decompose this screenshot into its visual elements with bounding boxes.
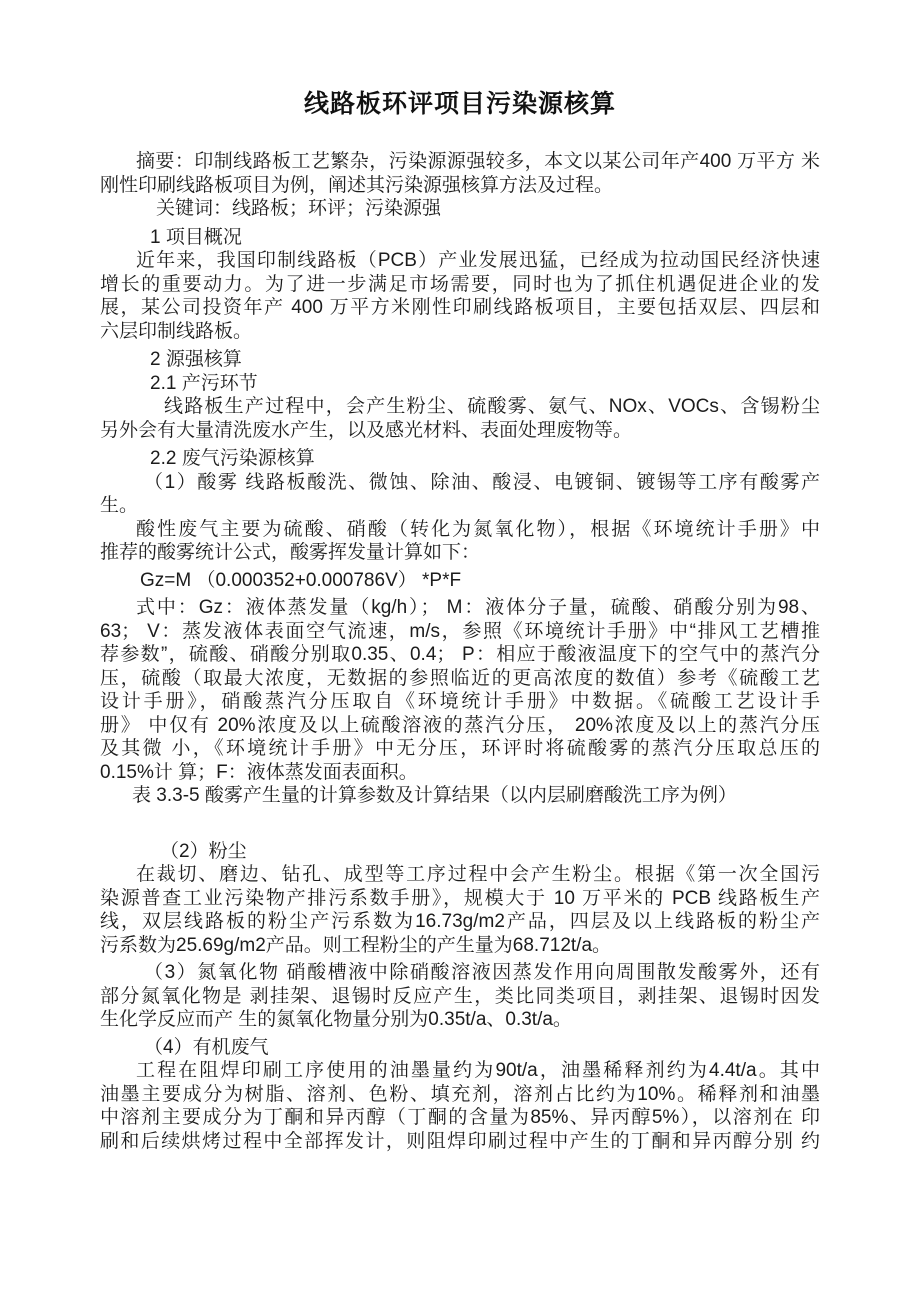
text-line: 部分氮氧化物是 剥挂架、退锡时反应产生，类比同类项目，剥挂架、退锡时因发 — [100, 985, 820, 1009]
empty-table-area — [100, 808, 820, 840]
section-heading-1: 1 项目概况 — [100, 226, 820, 250]
text-line: 油墨主要成分为树脂、溶剂、色粉、填充剂，溶剂占比约为10%。稀释剂和油墨 — [100, 1083, 820, 1107]
abstract-line: 刚性印刷线路板项目为例，阐述其污染源强核算方法及过程。 — [100, 174, 820, 198]
text-line: 线路板生产过程中，会产生粉尘、硫酸雾、氨气、NOx、VOCs、含锡粉尘等， — [100, 395, 820, 419]
text-line: 增长的重要动力。为了进一步满足市场需要，同时也为了抓住机遇促进企业的发 — [100, 273, 820, 297]
text-line: 及其微 小，《环境统计手册》中无分压，环评时将硫酸雾的蒸汽分压取总压的 — [100, 737, 820, 761]
text-line: （1）酸雾 线路板酸洗、微蚀、除油、酸浸、电镀铜、镀锡等工序有酸雾产 — [100, 471, 820, 495]
text-line: 染源普查工业污染物产排污系数手册》，规模大于 10 万平米的 PCB 线路板生产 — [100, 887, 820, 911]
document-title: 线路板环评项目污染源核算 — [0, 84, 920, 120]
text-line: 63； V：蒸发液体表面空气流速，m/s，参照《环境统计手册》中“排风工艺槽推 — [100, 620, 820, 644]
text-line: 线，双层线路板的粉尘产污系数为16.73g/m2产品，四层及以上线路板的粉尘产 — [100, 910, 820, 934]
text-line: 0.15%计 算；F：液体蒸发面表面积。 — [100, 761, 820, 785]
section-heading-2-2: 2.2 废气污染源核算 — [100, 447, 820, 471]
text-line: 中溶剂主要成分为丁酮和异丙醇（丁酮的含量为85%、异丙醇5%），以溶剂在 印 — [100, 1106, 820, 1130]
text-line: 近年来，我国印制线路板（PCB）产业发展迅猛，已经成为拉动国民经济快速 — [100, 249, 820, 273]
text-line: 在裁切、磨边、钻孔、成型等工序过程中会产生粉尘。根据《第一次全国污 — [100, 863, 820, 887]
text-line: 设计手册》，硝酸蒸汽分压取自《环境统计手册》中数据。《硫酸工艺设计手 — [100, 690, 820, 714]
section-heading-2: 2 源强核算 — [100, 348, 820, 372]
keywords-line: 关键词：线路板；环评；污染源强 — [100, 197, 820, 221]
section-heading-2-1: 2.1 产污环节 — [100, 372, 820, 396]
text-line: 生。 — [100, 494, 820, 518]
text-line: 册》 中仅有 20%浓度及以上硫酸溶液的蒸汽分压， 20%浓度及以上的蒸汽分压 — [100, 714, 820, 738]
text-line: 式中：Gz：液体蒸发量（kg/h）； M：液体分子量，硫酸、硝酸分别为98、 — [100, 596, 820, 620]
subsection-heading-dust: （2）粉尘 — [100, 840, 820, 864]
text-line: （3）氮氧化物 硝酸槽液中除硝酸溶液因蒸发作用向周围散发酸雾外，还有 — [100, 961, 820, 985]
text-line: 刷和后续烘烤过程中全部挥发计，则阻焊印刷过程中产生的丁酮和异丙醇分别 约 — [100, 1130, 820, 1154]
text-line: 另外会有大量清洗废水产生，以及感光材料、表面处理废物等。 — [100, 419, 820, 443]
formula-line: Gz=M （0.000352+0.000786V） *P*F — [100, 569, 820, 593]
text-line: 六层印制线路板。 — [100, 320, 820, 344]
text-line: 展，某公司投资年产 400 万平方米刚性印刷线路板项目，主要包括双层、四层和 — [100, 296, 820, 320]
subsection-heading-organic: （4）有机废气 — [100, 1036, 820, 1060]
abstract-line: 摘要：印制线路板工艺繁杂，污染源源强较多，本文以某公司年产400 万平方 米 — [100, 150, 820, 174]
table-caption: 表 3.3-5 酸雾产生量的计算参数及计算结果（以内层刷磨酸洗工序为例） — [100, 784, 820, 808]
document-page: 线路板环评项目污染源核算 摘要：印制线路板工艺繁杂，污染源源强较多，本文以某公司… — [0, 0, 920, 1302]
text-line: 荐参数”，硫酸、硝酸分别取0.35、0.4； P：相应于酸液温度下的空气中的蒸汽… — [100, 643, 820, 667]
text-line: 酸性废气主要为硫酸、硝酸（转化为氮氧化物），根据《环境统计手册》中 — [100, 518, 820, 542]
text-line: 工程在阻焊印刷工序使用的油墨量约为90t/a，油墨稀释剂约为4.4t/a。其中 — [100, 1059, 820, 1083]
document-body: 摘要：印制线路板工艺繁杂，污染源源强较多，本文以某公司年产400 万平方 米 刚… — [100, 150, 820, 1153]
text-line: 生化学反应而产 生的氮氧化物量分别为0.35t/a、0.3t/a。 — [100, 1008, 820, 1032]
text-line: 污系数为25.69g/m2产品。则工程粉尘的产生量为68.712t/a。 — [100, 934, 820, 958]
text-line: 压，硫酸（取最大浓度，无数据的参照临近的更高浓度的数值）参考《硫酸工艺 — [100, 667, 820, 691]
text-line: 推荐的酸雾统计公式，酸雾挥发量计算如下： — [100, 541, 820, 565]
